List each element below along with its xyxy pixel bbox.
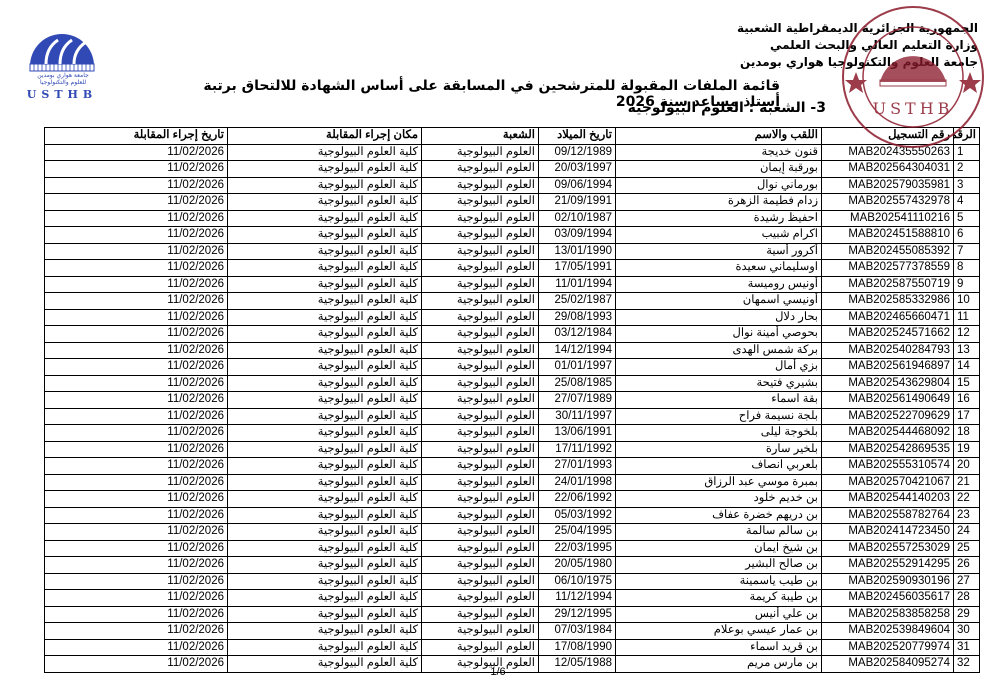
table-row: 6MAB202451588810اكرام شبيب03/09/1994العل… xyxy=(45,227,980,244)
table-row: 21MAB202570421067بمبرة موسي عبد الرزاق24… xyxy=(45,474,980,491)
cell-interview-date: 11/02/2026 xyxy=(45,342,228,359)
table-row: 10MAB202585332986أونيسي اسمهان25/02/1987… xyxy=(45,293,980,310)
cell-reg-no: MAB202435550263 xyxy=(822,144,954,161)
cell-interview-date: 11/02/2026 xyxy=(45,425,228,442)
cell-branch: العلوم البيولوجية xyxy=(422,210,539,227)
cell-interview-date: 11/02/2026 xyxy=(45,309,228,326)
cell-location: كلية العلوم البيولوجية xyxy=(228,260,422,277)
stamp-acronym: USTHB xyxy=(873,99,954,118)
cell-interview-date: 11/02/2026 xyxy=(45,507,228,524)
cell-dob: 11/01/1994 xyxy=(539,276,616,293)
cell-rank: 11 xyxy=(954,309,980,326)
cell-branch: العلوم البيولوجية xyxy=(422,161,539,178)
cell-reg-no: MAB202543629804 xyxy=(822,375,954,392)
cell-interview-date: 11/02/2026 xyxy=(45,375,228,392)
university-emblem-icon xyxy=(26,26,98,74)
table-row: 11MAB202465660471بحار دلال29/08/1993العل… xyxy=(45,309,980,326)
cell-dob: 21/09/1991 xyxy=(539,194,616,211)
cell-location: كلية العلوم البيولوجية xyxy=(228,359,422,376)
header-ministry: وزارة التعليم العالي والبحث العلمي xyxy=(770,37,978,53)
col-dob: تاريخ الميلاد xyxy=(539,128,616,145)
table-row: 22MAB202544140203بن خديم خلود22/06/1992ا… xyxy=(45,491,980,508)
cell-branch: العلوم البيولوجية xyxy=(422,408,539,425)
cell-rank: 25 xyxy=(954,540,980,557)
header-republic: الجمهورية الجزائرية الديمقراطية الشعبية xyxy=(737,20,978,36)
table-row: 28MAB202456035617بن طيبة كريمة11/12/1994… xyxy=(45,590,980,607)
cell-dob: 30/11/1997 xyxy=(539,408,616,425)
cell-name: بن علي أنيس xyxy=(616,606,822,623)
table-row: 26MAB202552914295بن صالح البشير20/05/198… xyxy=(45,557,980,574)
cell-interview-date: 11/02/2026 xyxy=(45,639,228,656)
cell-branch: العلوم البيولوجية xyxy=(422,507,539,524)
cell-rank: 8 xyxy=(954,260,980,277)
cell-rank: 29 xyxy=(954,606,980,623)
cell-dob: 01/01/1997 xyxy=(539,359,616,376)
cell-name: زدام فطيمة الزهرة xyxy=(616,194,822,211)
cell-branch: العلوم البيولوجية xyxy=(422,359,539,376)
cell-location: كلية العلوم البيولوجية xyxy=(228,540,422,557)
col-rank: الرقم xyxy=(954,128,980,145)
cell-dob: 09/06/1994 xyxy=(539,177,616,194)
cell-interview-date: 11/02/2026 xyxy=(45,540,228,557)
cell-interview-date: 11/02/2026 xyxy=(45,276,228,293)
table-row: 31MAB202520779974بن قريد اسماء17/08/1990… xyxy=(45,639,980,656)
cell-reg-no: MAB202520779974 xyxy=(822,639,954,656)
cell-location: كلية العلوم البيولوجية xyxy=(228,573,422,590)
table-row: 16MAB202561490649بقة اسماء27/07/1989العل… xyxy=(45,392,980,409)
cell-location: كلية العلوم البيولوجية xyxy=(228,524,422,541)
cell-dob: 25/02/1987 xyxy=(539,293,616,310)
cell-reg-no: MAB202590930196 xyxy=(822,573,954,590)
table-row: 7MAB202455085392أكرور أسية13/01/1990العل… xyxy=(45,243,980,260)
cell-dob: 24/01/1998 xyxy=(539,474,616,491)
cell-branch: العلوم البيولوجية xyxy=(422,623,539,640)
table-row: 29MAB202583858258بن علي أنيس29/12/1995ال… xyxy=(45,606,980,623)
cell-interview-date: 11/02/2026 xyxy=(45,144,228,161)
cell-branch: العلوم البيولوجية xyxy=(422,392,539,409)
cell-rank: 9 xyxy=(954,276,980,293)
cell-interview-date: 11/02/2026 xyxy=(45,392,228,409)
cell-name: احفيظ رشيدة xyxy=(616,210,822,227)
cell-rank: 17 xyxy=(954,408,980,425)
cell-interview-date: 11/02/2026 xyxy=(45,557,228,574)
table-row: 17MAB202522709629بلجة نسيمة فراح30/11/19… xyxy=(45,408,980,425)
table-row: 27MAB202590930196بن طيب ياسمينة06/10/197… xyxy=(45,573,980,590)
cell-name: بن صالح البشير xyxy=(616,557,822,574)
cell-rank: 1 xyxy=(954,144,980,161)
cell-reg-no: MAB202414723450 xyxy=(822,524,954,541)
cell-dob: 13/01/1990 xyxy=(539,243,616,260)
cell-location: كلية العلوم البيولوجية xyxy=(228,326,422,343)
cell-name: بزي أمال xyxy=(616,359,822,376)
cell-name: قنون خديجة xyxy=(616,144,822,161)
cell-interview-date: 11/02/2026 xyxy=(45,441,228,458)
header-university: جامعة العلوم والتكنولوجيا هواري بومدين xyxy=(740,54,978,70)
cell-reg-no: MAB202451588810 xyxy=(822,227,954,244)
cell-interview-date: 11/02/2026 xyxy=(45,524,228,541)
table-row: 25MAB202557253029بن شيخ ايمان22/03/1995ا… xyxy=(45,540,980,557)
cell-reg-no: MAB202540284793 xyxy=(822,342,954,359)
cell-location: كلية العلوم البيولوجية xyxy=(228,194,422,211)
cell-location: كلية العلوم البيولوجية xyxy=(228,507,422,524)
cell-name: بلخير سارة xyxy=(616,441,822,458)
cell-rank: 2 xyxy=(954,161,980,178)
cell-dob: 17/11/1992 xyxy=(539,441,616,458)
col-interview-date: تاريخ إجراء المقابلة xyxy=(45,128,228,145)
col-reg-no: رقم التسجيل xyxy=(822,128,954,145)
cell-reg-no: MAB202544468092 xyxy=(822,425,954,442)
cell-dob: 14/12/1994 xyxy=(539,342,616,359)
cell-interview-date: 11/02/2026 xyxy=(45,243,228,260)
cell-branch: العلوم البيولوجية xyxy=(422,458,539,475)
cell-dob: 27/07/1989 xyxy=(539,392,616,409)
cell-reg-no: MAB202522709629 xyxy=(822,408,954,425)
cell-dob: 06/10/1975 xyxy=(539,573,616,590)
cell-branch: العلوم البيولوجية xyxy=(422,326,539,343)
cell-rank: 24 xyxy=(954,524,980,541)
cell-rank: 14 xyxy=(954,359,980,376)
cell-branch: العلوم البيولوجية xyxy=(422,606,539,623)
cell-reg-no: MAB202524571662 xyxy=(822,326,954,343)
table-row: 18MAB202544468092بلخوجة ليلى13/06/1991ال… xyxy=(45,425,980,442)
cell-rank: 4 xyxy=(954,194,980,211)
table-body: 1MAB202435550263قنون خديجة09/12/1989العل… xyxy=(45,144,980,672)
cell-interview-date: 11/02/2026 xyxy=(45,590,228,607)
table-row: 23MAB202558782764بن دريهم خضرة عفاف05/03… xyxy=(45,507,980,524)
table-row: 12MAB202524571662بحوصي أمينة نوال03/12/1… xyxy=(45,326,980,343)
cell-name: بورقبة إيمان xyxy=(616,161,822,178)
cell-name: اكرام شبيب xyxy=(616,227,822,244)
cell-branch: العلوم البيولوجية xyxy=(422,639,539,656)
cell-dob: 20/05/1980 xyxy=(539,557,616,574)
table-header-row: الرقم رقم التسجيل اللقب والاسم تاريخ الم… xyxy=(45,128,980,145)
cell-name: بورماني نوال xyxy=(616,177,822,194)
cell-branch: العلوم البيولوجية xyxy=(422,309,539,326)
cell-location: كلية العلوم البيولوجية xyxy=(228,342,422,359)
cell-location: كلية العلوم البيولوجية xyxy=(228,177,422,194)
cell-name: بمبرة موسي عبد الرزاق xyxy=(616,474,822,491)
cell-interview-date: 11/02/2026 xyxy=(45,474,228,491)
cell-dob: 05/03/1992 xyxy=(539,507,616,524)
table-row: 14MAB202561946897بزي أمال01/01/1997العلو… xyxy=(45,359,980,376)
cell-rank: 3 xyxy=(954,177,980,194)
cell-dob: 20/03/1997 xyxy=(539,161,616,178)
cell-branch: العلوم البيولوجية xyxy=(422,557,539,574)
cell-branch: العلوم البيولوجية xyxy=(422,375,539,392)
cell-rank: 5 xyxy=(954,210,980,227)
cell-branch: العلوم البيولوجية xyxy=(422,540,539,557)
cell-reg-no: MAB202544140203 xyxy=(822,491,954,508)
cell-rank: 10 xyxy=(954,293,980,310)
table-row: 24MAB202414723450بن سالم سالمة25/04/1995… xyxy=(45,524,980,541)
cell-dob: 22/03/1995 xyxy=(539,540,616,557)
cell-rank: 19 xyxy=(954,441,980,458)
cell-rank: 18 xyxy=(954,425,980,442)
cell-name: أونيسي اسمهان xyxy=(616,293,822,310)
cell-location: كلية العلوم البيولوجية xyxy=(228,161,422,178)
cell-name: بن دريهم خضرة عفاف xyxy=(616,507,822,524)
cell-name: بلخوجة ليلى xyxy=(616,425,822,442)
cell-reg-no: MAB202557432978 xyxy=(822,194,954,211)
table-row: 2MAB202564304031بورقبة إيمان20/03/1997ال… xyxy=(45,161,980,178)
table-row: 5MAB202541110216احفيظ رشيدة02/10/1987الع… xyxy=(45,210,980,227)
cell-interview-date: 11/02/2026 xyxy=(45,177,228,194)
cell-interview-date: 11/02/2026 xyxy=(45,573,228,590)
cell-interview-date: 11/02/2026 xyxy=(45,408,228,425)
cell-name: أونيس روميسة xyxy=(616,276,822,293)
cell-dob: 17/05/1991 xyxy=(539,260,616,277)
cell-rank: 23 xyxy=(954,507,980,524)
cell-location: كلية العلوم البيولوجية xyxy=(228,474,422,491)
cell-interview-date: 11/02/2026 xyxy=(45,161,228,178)
col-location: مكان إجراء المقابلة xyxy=(228,128,422,145)
cell-reg-no: MAB202577378559 xyxy=(822,260,954,277)
cell-rank: 7 xyxy=(954,243,980,260)
cell-dob: 03/09/1994 xyxy=(539,227,616,244)
cell-location: كلية العلوم البيولوجية xyxy=(228,557,422,574)
cell-interview-date: 11/02/2026 xyxy=(45,227,228,244)
cell-branch: العلوم البيولوجية xyxy=(422,524,539,541)
col-name: اللقب والاسم xyxy=(616,128,822,145)
cell-location: كلية العلوم البيولوجية xyxy=(228,425,422,442)
col-branch: الشعبة xyxy=(422,128,539,145)
cell-dob: 09/12/1989 xyxy=(539,144,616,161)
logo-arabic-name: جامعة هواري بومدين للعلوم والتكنولوجيا xyxy=(32,72,94,86)
cell-name: بحوصي أمينة نوال xyxy=(616,326,822,343)
cell-interview-date: 11/02/2026 xyxy=(45,260,228,277)
cell-branch: العلوم البيولوجية xyxy=(422,243,539,260)
cell-dob: 03/12/1984 xyxy=(539,326,616,343)
cell-reg-no: MAB202587550719 xyxy=(822,276,954,293)
cell-name: بقة اسماء xyxy=(616,392,822,409)
cell-dob: 02/10/1987 xyxy=(539,210,616,227)
cell-reg-no: MAB202456035617 xyxy=(822,590,954,607)
cell-dob: 13/06/1991 xyxy=(539,425,616,442)
usthb-logo: جامعة هواري بومدين للعلوم والتكنولوجيا U… xyxy=(26,26,98,104)
cell-rank: 28 xyxy=(954,590,980,607)
cell-name: بن شيخ ايمان xyxy=(616,540,822,557)
cell-reg-no: MAB202542869535 xyxy=(822,441,954,458)
cell-rank: 31 xyxy=(954,639,980,656)
cell-interview-date: 11/02/2026 xyxy=(45,606,228,623)
cell-location: كلية العلوم البيولوجية xyxy=(228,293,422,310)
cell-interview-date: 11/02/2026 xyxy=(45,491,228,508)
cell-location: كلية العلوم البيولوجية xyxy=(228,458,422,475)
cell-rank: 27 xyxy=(954,573,980,590)
cell-rank: 20 xyxy=(954,458,980,475)
cell-name: بن قريد اسماء xyxy=(616,639,822,656)
cell-dob: 27/01/1993 xyxy=(539,458,616,475)
cell-reg-no: MAB202564304031 xyxy=(822,161,954,178)
cell-branch: العلوم البيولوجية xyxy=(422,276,539,293)
cell-dob: 17/08/1990 xyxy=(539,639,616,656)
cell-interview-date: 11/02/2026 xyxy=(45,458,228,475)
cell-location: كلية العلوم البيولوجية xyxy=(228,227,422,244)
cell-branch: العلوم البيولوجية xyxy=(422,590,539,607)
cell-rank: 22 xyxy=(954,491,980,508)
cell-location: كلية العلوم البيولوجية xyxy=(228,590,422,607)
table-row: 30MAB202539849604بن عمار عيسي بوعلام07/0… xyxy=(45,623,980,640)
cell-dob: 29/08/1993 xyxy=(539,309,616,326)
cell-location: كلية العلوم البيولوجية xyxy=(228,276,422,293)
cell-name: بن خديم خلود xyxy=(616,491,822,508)
cell-interview-date: 11/02/2026 xyxy=(45,326,228,343)
cell-reg-no: MAB202561946897 xyxy=(822,359,954,376)
cell-reg-no: MAB202539849604 xyxy=(822,623,954,640)
cell-branch: العلوم البيولوجية xyxy=(422,194,539,211)
table-row: 4MAB202557432978زدام فطيمة الزهرة21/09/1… xyxy=(45,194,980,211)
cell-interview-date: 11/02/2026 xyxy=(45,293,228,310)
cell-location: كلية العلوم البيولوجية xyxy=(228,606,422,623)
logo-acronym: USTHB xyxy=(26,88,98,101)
cell-location: كلية العلوم البيولوجية xyxy=(228,639,422,656)
cell-name: بلعربي انصاف xyxy=(616,458,822,475)
cell-rank: 30 xyxy=(954,623,980,640)
cell-dob: 22/06/1992 xyxy=(539,491,616,508)
cell-location: كلية العلوم البيولوجية xyxy=(228,441,422,458)
cell-rank: 21 xyxy=(954,474,980,491)
cell-name: بن طيب ياسمينة xyxy=(616,573,822,590)
cell-location: كلية العلوم البيولوجية xyxy=(228,491,422,508)
page-number: 1/6 xyxy=(0,666,996,678)
cell-dob: 25/04/1995 xyxy=(539,524,616,541)
cell-reg-no: MAB202585332986 xyxy=(822,293,954,310)
cell-name: بن سالم سالمة xyxy=(616,524,822,541)
cell-interview-date: 11/02/2026 xyxy=(45,210,228,227)
cell-rank: 16 xyxy=(954,392,980,409)
cell-dob: 11/12/1994 xyxy=(539,590,616,607)
cell-reg-no: MAB202552914295 xyxy=(822,557,954,574)
table-row: 20MAB202555310574بلعربي انصاف27/01/1993ا… xyxy=(45,458,980,475)
cell-interview-date: 11/02/2026 xyxy=(45,623,228,640)
branch-label: 3- الشعبة : العلوم البيولوجية xyxy=(628,100,826,116)
cell-dob: 25/08/1985 xyxy=(539,375,616,392)
cell-branch: العلوم البيولوجية xyxy=(422,491,539,508)
table-row: 19MAB202542869535بلخير سارة17/11/1992الع… xyxy=(45,441,980,458)
cell-branch: العلوم البيولوجية xyxy=(422,177,539,194)
cell-location: كلية العلوم البيولوجية xyxy=(228,243,422,260)
cell-rank: 15 xyxy=(954,375,980,392)
cell-reg-no: MAB202541110216 xyxy=(822,210,954,227)
cell-reg-no: MAB202557253029 xyxy=(822,540,954,557)
cell-location: كلية العلوم البيولوجية xyxy=(228,309,422,326)
cell-reg-no: MAB202570421067 xyxy=(822,474,954,491)
cell-branch: العلوم البيولوجية xyxy=(422,260,539,277)
cell-reg-no: MAB202579035981 xyxy=(822,177,954,194)
table-row: 13MAB202540284793بركة شمس الهدى14/12/199… xyxy=(45,342,980,359)
cell-interview-date: 11/02/2026 xyxy=(45,194,228,211)
cell-dob: 07/03/1984 xyxy=(539,623,616,640)
cell-location: كلية العلوم البيولوجية xyxy=(228,392,422,409)
cell-reg-no: MAB202558782764 xyxy=(822,507,954,524)
cell-reg-no: MAB202555310574 xyxy=(822,458,954,475)
cell-branch: العلوم البيولوجية xyxy=(422,441,539,458)
cell-rank: 12 xyxy=(954,326,980,343)
table-row: 8MAB202577378559اوسليماني سعيدة17/05/199… xyxy=(45,260,980,277)
table-row: 9MAB202587550719أونيس روميسة11/01/1994ال… xyxy=(45,276,980,293)
cell-reg-no: MAB202465660471 xyxy=(822,309,954,326)
cell-reg-no: MAB202583858258 xyxy=(822,606,954,623)
cell-location: كلية العلوم البيولوجية xyxy=(228,144,422,161)
cell-name: بلجة نسيمة فراح xyxy=(616,408,822,425)
cell-interview-date: 11/02/2026 xyxy=(45,359,228,376)
table-row: 1MAB202435550263قنون خديجة09/12/1989العل… xyxy=(45,144,980,161)
cell-name: بن عمار عيسي بوعلام xyxy=(616,623,822,640)
cell-branch: العلوم البيولوجية xyxy=(422,474,539,491)
table-row: 15MAB202543629804بشيري فتيحة25/08/1985ال… xyxy=(45,375,980,392)
cell-name: بن طيبة كريمة xyxy=(616,590,822,607)
cell-rank: 13 xyxy=(954,342,980,359)
cell-branch: العلوم البيولوجية xyxy=(422,573,539,590)
cell-rank: 26 xyxy=(954,557,980,574)
table-row: 3MAB202579035981بورماني نوال09/06/1994ال… xyxy=(45,177,980,194)
candidates-table: الرقم رقم التسجيل اللقب والاسم تاريخ الم… xyxy=(44,127,980,673)
cell-name: بشيري فتيحة xyxy=(616,375,822,392)
logo-line-1: جامعة هواري بومدين xyxy=(32,72,94,79)
cell-branch: العلوم البيولوجية xyxy=(422,144,539,161)
cell-name: اوسليماني سعيدة xyxy=(616,260,822,277)
cell-reg-no: MAB202455085392 xyxy=(822,243,954,260)
cell-location: كلية العلوم البيولوجية xyxy=(228,210,422,227)
cell-location: كلية العلوم البيولوجية xyxy=(228,408,422,425)
cell-reg-no: MAB202561490649 xyxy=(822,392,954,409)
cell-rank: 6 xyxy=(954,227,980,244)
logo-line-2: للعلوم والتكنولوجيا xyxy=(32,79,94,86)
cell-branch: العلوم البيولوجية xyxy=(422,293,539,310)
cell-name: أكرور أسية xyxy=(616,243,822,260)
cell-name: بحار دلال xyxy=(616,309,822,326)
cell-name: بركة شمس الهدى xyxy=(616,342,822,359)
cell-branch: العلوم البيولوجية xyxy=(422,342,539,359)
cell-location: كلية العلوم البيولوجية xyxy=(228,375,422,392)
cell-location: كلية العلوم البيولوجية xyxy=(228,623,422,640)
cell-branch: العلوم البيولوجية xyxy=(422,425,539,442)
cell-branch: العلوم البيولوجية xyxy=(422,227,539,244)
cell-dob: 29/12/1995 xyxy=(539,606,616,623)
